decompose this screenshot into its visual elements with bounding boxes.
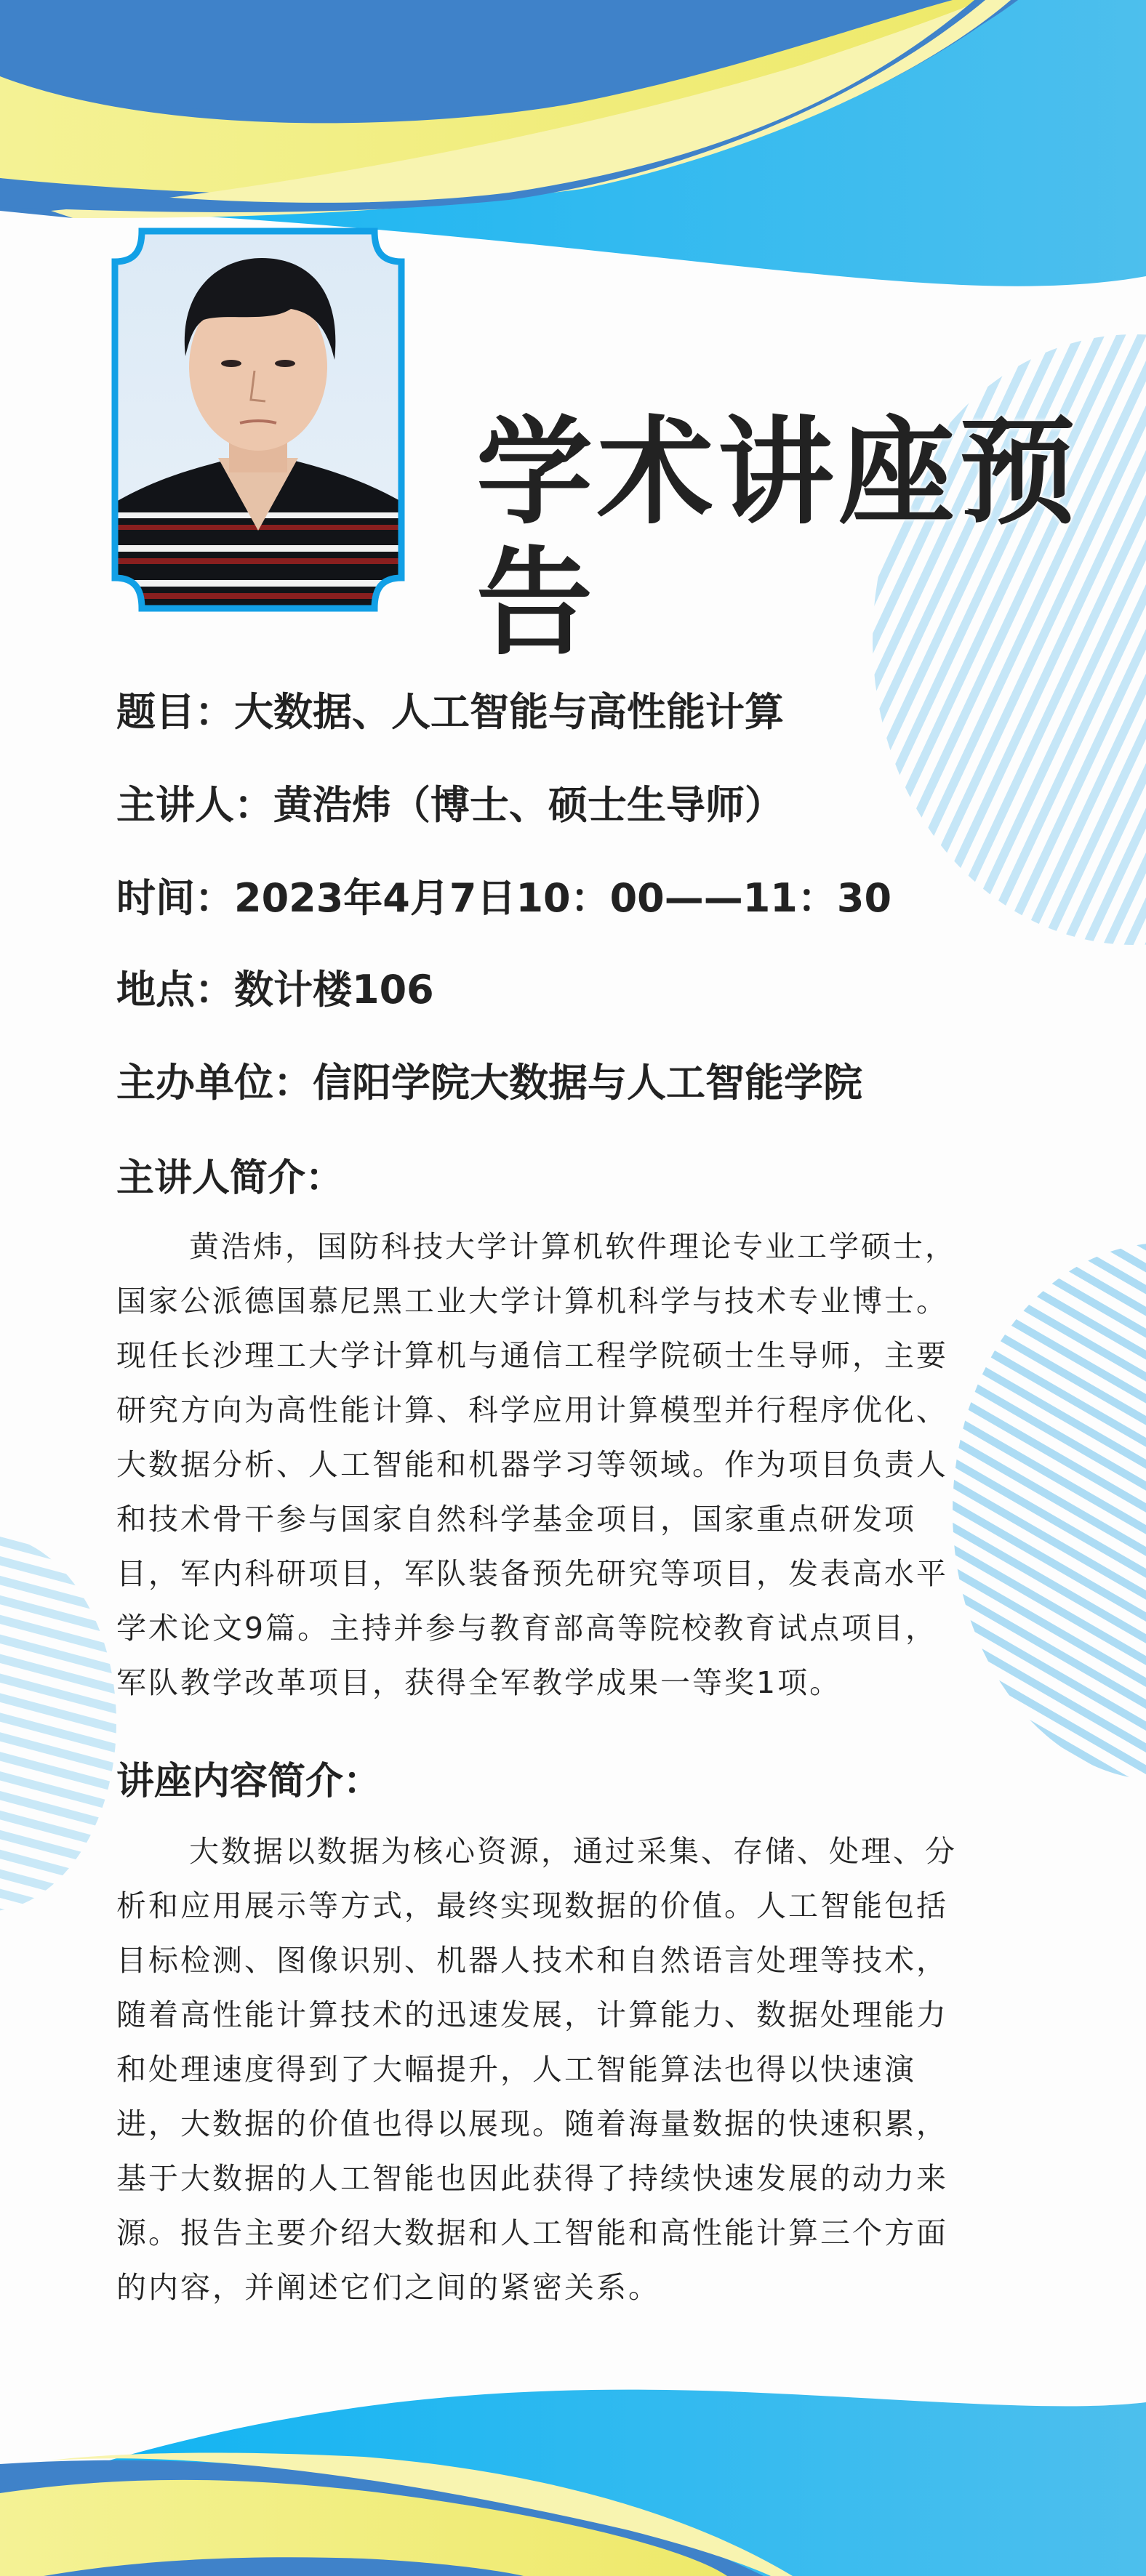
lecture-summary-text: 大数据以数据为核心资源，通过采集、存储、处理、分 析和应用展示等方式，最终实现数… bbox=[116, 1824, 1054, 2315]
info-label: 地点： bbox=[116, 967, 234, 1013]
speaker-bio-text: 黄浩炜，国防科技大学计算机软件理论专业工学硕士， 国家公派德国慕尼黑工业大学计算… bbox=[116, 1220, 1054, 1710]
lecture-summary-heading: 讲座内容简介： bbox=[116, 1759, 381, 1804]
poster-headline: 学术讲座预告 bbox=[476, 407, 1146, 669]
bio-line: 军队教学改革项目，获得全军教学成果一等奖1项。 bbox=[116, 1656, 1054, 1710]
bio-line: 黄浩炜，国防科技大学计算机软件理论专业工学硕士， bbox=[116, 1220, 1054, 1274]
info-time: 时间：2023年4月7日10：00——11：30 bbox=[116, 875, 891, 922]
info-label: 主办单位： bbox=[116, 1060, 313, 1106]
speaker-photo bbox=[109, 225, 407, 614]
info-value: 黄浩炜（博士、硕士生导师） bbox=[273, 782, 784, 828]
info-label: 题目： bbox=[116, 689, 234, 735]
info-value: 大数据、人工智能与高性能计算 bbox=[234, 689, 784, 735]
summary-line: 的内容，并阐述它们之间的紧密关系。 bbox=[116, 2261, 1054, 2315]
summary-line: 析和应用展示等方式，最终实现数据的价值。人工智能包括 bbox=[116, 1879, 1054, 1933]
summary-line: 基于大数据的人工智能也因此获得了持续快速发展的动力来 bbox=[116, 2152, 1054, 2206]
summary-line: 目标检测、图像识别、机器人技术和自然语言处理等技术， bbox=[116, 1933, 1054, 1988]
info-value: 信阳学院大数据与人工智能学院 bbox=[313, 1060, 862, 1106]
info-value: 数计楼106 bbox=[234, 967, 434, 1013]
bio-line: 国家公派德国慕尼黑工业大学计算机科学与技术专业博士。 bbox=[116, 1274, 1054, 1329]
info-location: 地点：数计楼106 bbox=[116, 967, 434, 1013]
speaker-bio-heading: 主讲人简介： bbox=[116, 1156, 343, 1201]
bio-line: 和技术骨干参与国家自然科学基金项目，国家重点研发项 bbox=[116, 1492, 1054, 1547]
bio-line: 目，军内科研项目，军队装备预先研究等项目，发表高水平 bbox=[116, 1547, 1054, 1601]
info-label: 时间： bbox=[116, 875, 234, 921]
summary-line: 随着高性能计算技术的迅速发展，计算能力、数据处理能力 bbox=[116, 1988, 1054, 2042]
bio-line: 学术论文9篇。主持并参与教育部高等院校教育试点项目， bbox=[116, 1601, 1054, 1656]
bio-line: 现任长沙理工大学计算机与通信工程学院硕士生导师，主要 bbox=[116, 1329, 1054, 1383]
info-value: 2023年4月7日10：00——11：30 bbox=[234, 875, 891, 921]
bio-line: 大数据分析、人工智能和机器学习等领域。作为项目负责人 bbox=[116, 1438, 1054, 1492]
info-label: 主讲人： bbox=[116, 782, 273, 828]
summary-line: 进，大数据的价值也得以展现。随着海量数据的快速积累， bbox=[116, 2097, 1054, 2152]
summary-line: 源。报告主要介绍大数据和人工智能和高性能计算三个方面 bbox=[116, 2206, 1054, 2261]
info-topic: 题目：大数据、人工智能与高性能计算 bbox=[116, 689, 784, 736]
summary-line: 大数据以数据为核心资源，通过采集、存储、处理、分 bbox=[116, 1824, 1054, 1879]
info-speaker: 主讲人：黄浩炜（博士、硕士生导师） bbox=[116, 782, 784, 829]
summary-line: 和处理速度得到了大幅提升，人工智能算法也得以快速演 bbox=[116, 2042, 1054, 2097]
info-organizer: 主办单位：信阳学院大数据与人工智能学院 bbox=[116, 1060, 862, 1106]
bio-line: 研究方向为高性能计算、科学应用计算模型并行程序优化、 bbox=[116, 1383, 1054, 1438]
